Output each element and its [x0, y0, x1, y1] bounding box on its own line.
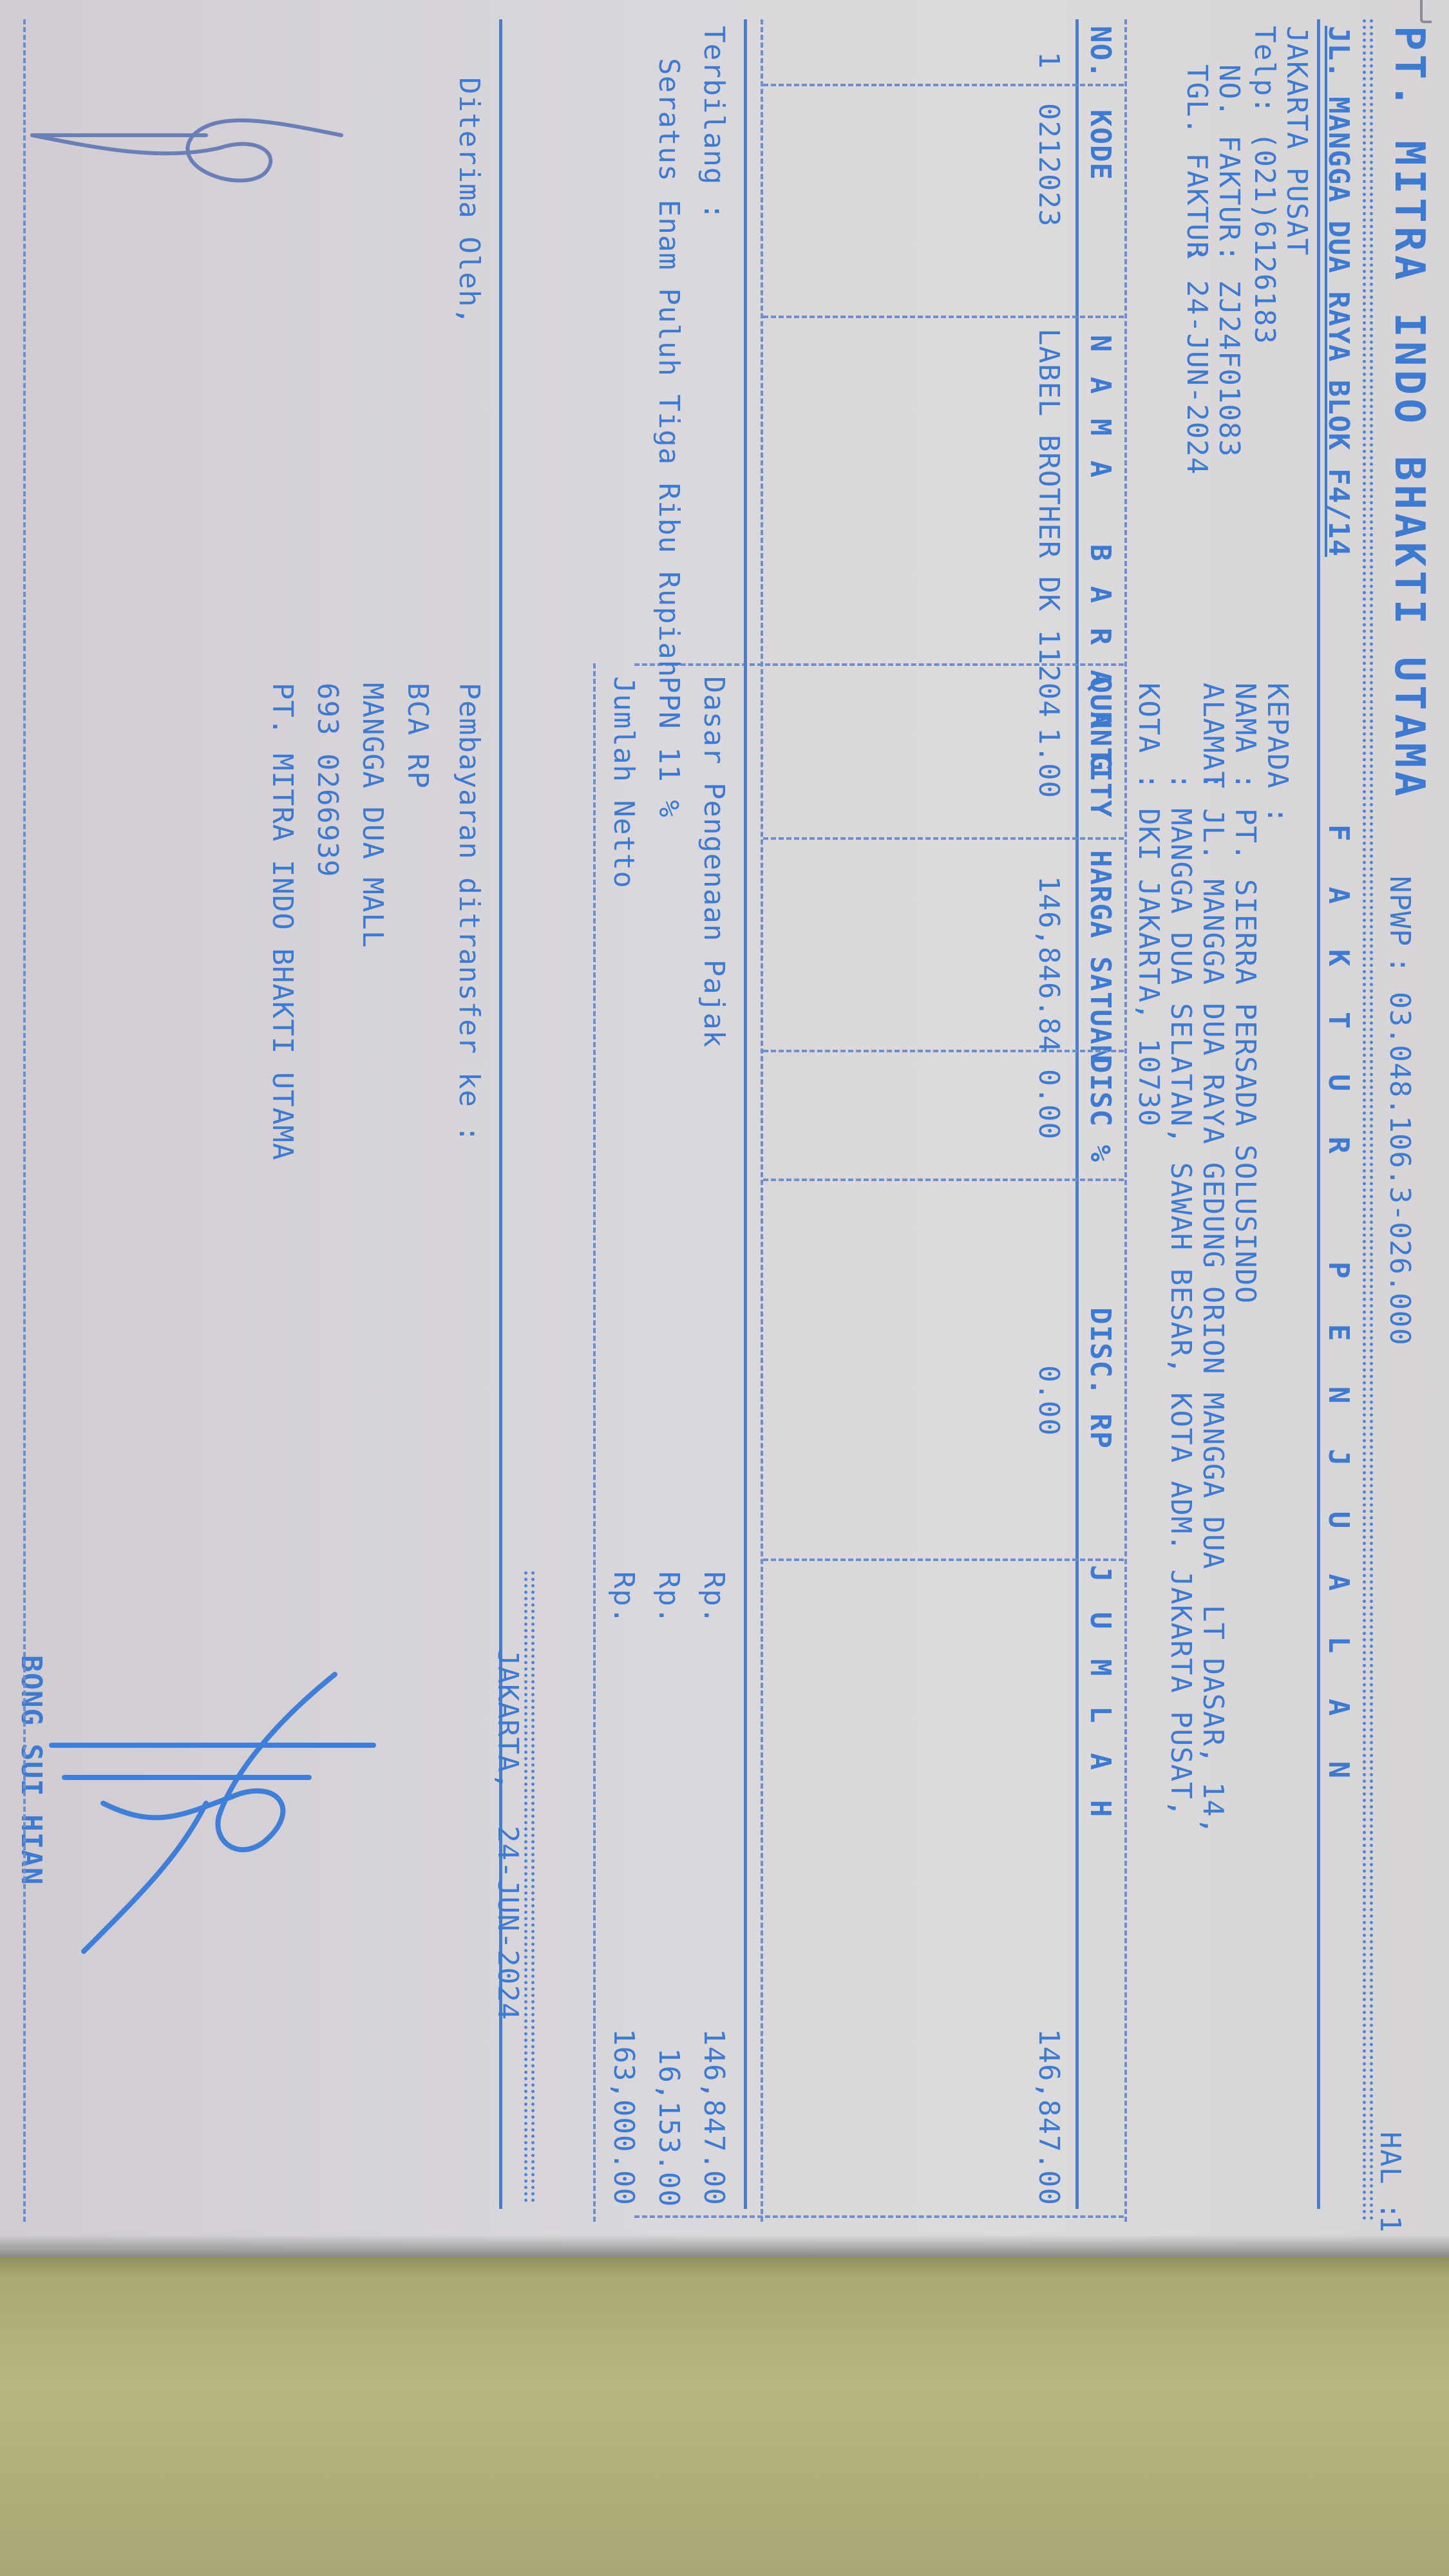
customer-to-label: KEPADA : — [1263, 683, 1291, 824]
row-disc-pct: 0.00 — [1034, 1069, 1063, 1140]
header-double-rule — [1363, 19, 1373, 2222]
col-sep — [763, 1050, 1124, 1052]
place-and-date: JAKARTA, 24-JUN-2024 — [493, 1649, 522, 2020]
sales-invoice-document: PT. MITRA INDO BHAKTI UTAMA NPWP : 03.04… — [0, 0, 1449, 2254]
col-sep — [763, 316, 1124, 318]
invoice-date-label: TGL. FAKTUR — [1182, 64, 1211, 259]
amount-in-words: Seratus Enam Puluh Tiga Ribu Rupiah — [654, 58, 683, 677]
vat-value: 16,153.00 — [654, 2048, 683, 2207]
col-header-unit-price: HARGA SATUAN — [1086, 850, 1114, 1063]
row-no: 1 — [1034, 52, 1063, 70]
net-total-label: Jumlah Netto — [609, 676, 638, 889]
row-item-name: LABEL BROTHER DK 11204 — [1034, 328, 1063, 718]
page-number: 1 — [1376, 2215, 1404, 2233]
col-header-amount: J U M L A H — [1086, 1565, 1114, 1823]
seller-signature-icon — [39, 1649, 386, 1984]
row-unit-price: 146,846.84 — [1034, 876, 1063, 1053]
seller-address-line2: JAKARTA PUSAT — [1282, 26, 1311, 256]
payment-bank: BCA RP — [403, 683, 431, 789]
items-bottom-rule — [761, 19, 763, 2222]
payment-account-name: PT. MITRA INDO BHAKTI UTAMA — [268, 683, 296, 1160]
vat-currency: Rp. — [654, 1571, 683, 1624]
receiver-signature-icon — [6, 97, 367, 483]
net-total-currency: Rp. — [609, 1571, 638, 1624]
payment-branch: MANGGA DUA MALL — [358, 683, 386, 948]
invoice-title: F A K T U R P E N J U A L A N — [1324, 824, 1352, 1792]
customer-city-label: KOTA — [1134, 683, 1162, 753]
col-sep — [763, 837, 1124, 840]
col-sep — [763, 84, 1124, 86]
col-sep — [634, 2215, 1124, 2218]
customer-city: : DKI JAKARTA, 10730 — [1134, 773, 1162, 1127]
tax-base-value: 146,847.00 — [699, 2029, 728, 2206]
col-header-code: KODE — [1086, 109, 1114, 180]
seller-address-line1: JL. MANGGA DUA RAYA BLOK F4/14 — [1324, 26, 1352, 557]
col-header-quantity: QUANTITY — [1086, 676, 1114, 818]
table-surface — [0, 2257, 1449, 2576]
place-date-double-rule — [524, 1571, 535, 2202]
row-disc-rp: 0.00 — [1034, 1365, 1063, 1436]
customer-name: : PT. SIERRA PERSADA SOLUSINDO — [1231, 773, 1259, 1304]
table-header-rule — [1075, 19, 1079, 2209]
amount-in-words-label: Terbilang : — [699, 26, 728, 220]
totals-bottom-rule — [593, 663, 596, 2222]
row-amount: 146,847.00 — [1034, 2029, 1063, 2206]
seller-company-name: PT. MITRA INDO BHAKTI UTAMA — [1388, 26, 1430, 800]
row-code: 0212023 — [1034, 103, 1063, 227]
col-header-disc-rp: DISC. RP — [1086, 1307, 1114, 1449]
customer-address-line1: : JL. MANGGA DUA RAYA GEDUNG ORION MANGG… — [1198, 773, 1227, 1835]
col-header-no: NO. — [1086, 26, 1114, 79]
payment-label: Pembayaran ditransfer ke : — [455, 683, 483, 1143]
title-rule — [1317, 19, 1320, 2209]
net-total-value: 163,000.00 — [609, 2029, 638, 2206]
page-label: HAL : — [1376, 2132, 1404, 2220]
invoice-number: : ZJ24F01083 — [1215, 245, 1243, 457]
customer-address-line2: : MANGGA DUA SELATAN, SAWAH BESAR, KOTA … — [1166, 773, 1195, 1817]
col-sep — [763, 1179, 1124, 1181]
summary-top-rule — [744, 19, 747, 2209]
tax-base-currency: Rp. — [699, 1571, 728, 1624]
row-quantity: 1.00 — [1034, 728, 1063, 799]
invoice-number-label: NO. FAKTUR — [1215, 64, 1243, 241]
col-sep — [763, 1558, 1124, 1561]
phone-value: : (021)6126183 — [1250, 97, 1278, 345]
invoice-date: : 24-JUN-2024 — [1182, 245, 1211, 475]
tax-base-label: Dasar Pengenaan Pajak — [699, 676, 728, 1048]
received-by-label: Diterima Oleh, — [455, 77, 483, 325]
table-top-rule — [1124, 19, 1127, 2222]
npwp-label: NPWP — [1385, 876, 1414, 947]
customer-name-label: NAMA — [1231, 683, 1259, 753]
npwp-value: : 03.048.106.3-026.000 — [1385, 956, 1414, 1346]
vat-label: PPN 11 % — [654, 676, 683, 818]
phone-label: Telp — [1250, 26, 1278, 97]
payment-account-number: 693 0266939 — [313, 683, 341, 877]
col-header-disc-pct: DISC % — [1086, 1056, 1114, 1162]
sheet-bottom-rule — [23, 19, 26, 2222]
